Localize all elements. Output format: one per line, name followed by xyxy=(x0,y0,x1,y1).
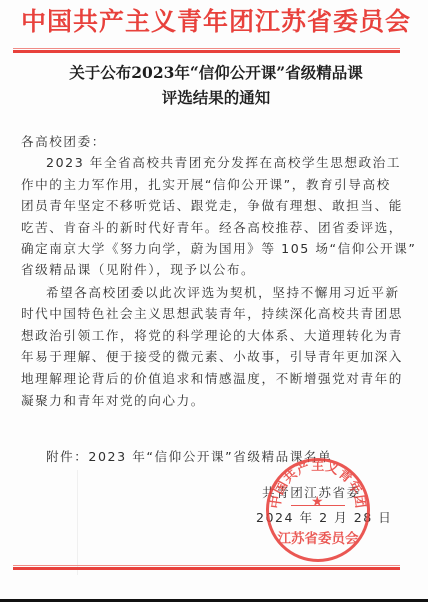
body-line: 吃苦、肯奋斗的新时代好青年。经各高校推荐、团省委评选， xyxy=(21,219,403,237)
top-red-rule xyxy=(13,48,400,53)
rule-thin xyxy=(13,565,400,566)
document-title-line-1: 关于公布2023年“信仰公开课”省级精品课 xyxy=(20,62,412,84)
bottom-red-rule xyxy=(13,565,400,570)
scan-artifact xyxy=(77,470,78,575)
body-line: 希望各高校团委以此次评选为契机，坚持不懈用习近平新 xyxy=(46,284,400,302)
body-line: 想政治引领工作，将党的科学理论的大体系、大道理转化为青 xyxy=(21,327,403,345)
document-title-line-2: 评选结果的通知 xyxy=(20,87,412,109)
document-page: 中国共产主义青年团江苏省委员会 关于公布2023年“信仰公开课”省级精品课 评选… xyxy=(0,0,428,600)
body-line: 确定南京大学《努力向学，蔚为国用》等 105 场“信仰公开课” xyxy=(21,240,416,258)
salutation: 各高校团委： xyxy=(21,133,106,151)
body-line: 团员青年坚定不移听党话、跟党走，争做有理想、敢担当、能 xyxy=(21,197,403,215)
star-icon: ★ xyxy=(311,495,324,509)
official-seal: 中国共产主义青年团 ★ 江苏省委员会 xyxy=(266,458,370,562)
rule-thin xyxy=(13,48,400,49)
body-line: 时代中国特色社会主义思想武装青年，持续深化高校共青团思 xyxy=(21,305,403,323)
body-line: 地理解理论背后的价值追求和情感温度，不断增强党对青年的 xyxy=(21,370,403,388)
issuer-header: 中国共产主义青年团江苏省委员会 xyxy=(20,4,412,40)
body-line: 2023 年全省高校共青团充分发挥在高校学生思想政治工 xyxy=(46,154,401,172)
rule-thick xyxy=(13,567,400,570)
body-line: 省级精品课（见附件），现予以公布。 xyxy=(21,261,255,279)
body-line: 年易于理解、便于接受的微元素、小故事，引导青年更加深入 xyxy=(21,348,403,366)
body-line: 凝聚力和青年对党的向心力。 xyxy=(21,392,205,410)
body-line: 作中的主力军作用，扎实开展“信仰公开课”，教育引导高校 xyxy=(21,176,391,194)
seal-bottom-text: 江苏省委员会 xyxy=(269,527,367,547)
rule-thick xyxy=(13,50,400,53)
